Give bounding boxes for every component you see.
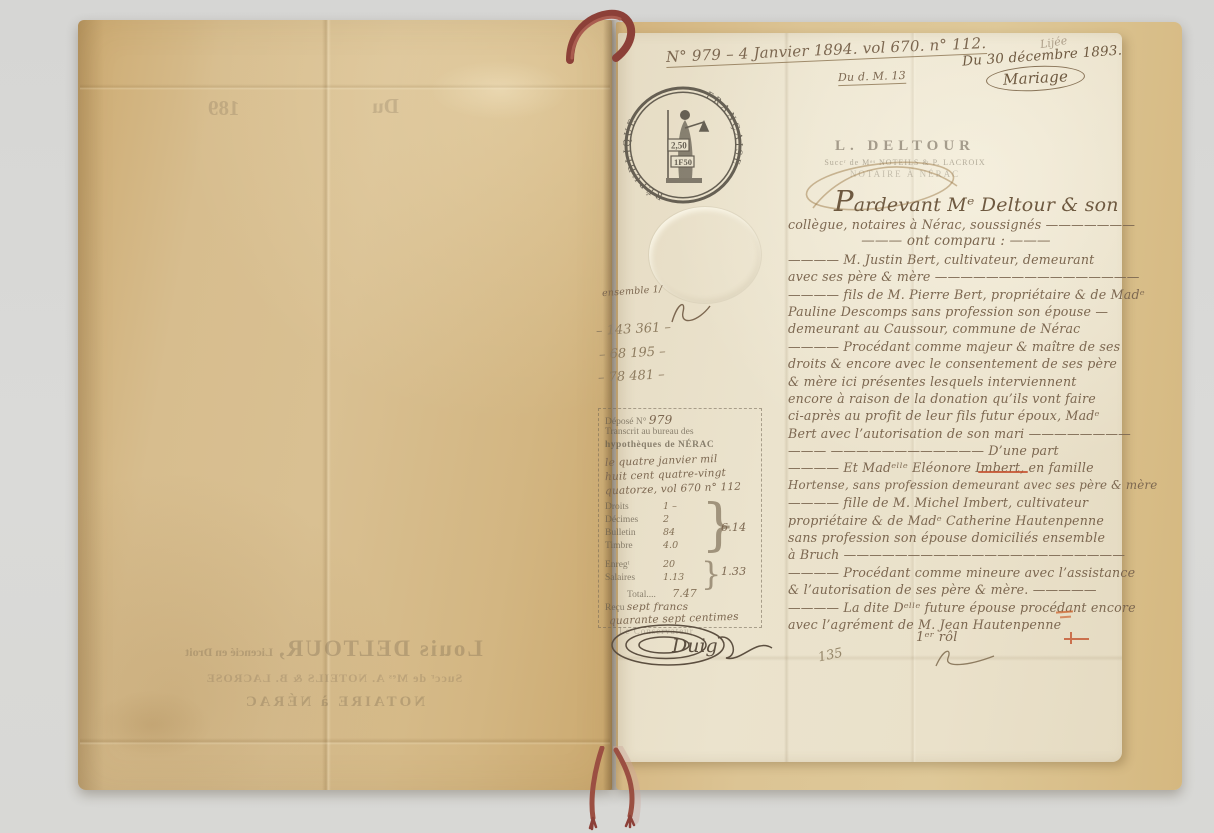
roll-paraph-squiggle	[928, 646, 998, 672]
deed-line: ———— M. Justin Bert, cultivateur, demeur…	[788, 251, 1124, 268]
first-roll-note: 1ᵉʳ rôl	[916, 630, 958, 645]
bleedthrough-notary-degree: Licencié en Droit	[185, 645, 273, 659]
conservateur-signature-flourish: Duig	[606, 618, 784, 672]
bleedthrough-du: Du	[372, 94, 399, 119]
deed-line: demeurant au Caussour, commune de Nérac	[788, 320, 1124, 337]
bureau-nerac-line: hypothèques de NÉRAC	[605, 440, 714, 450]
fee-label-timbre: Timbre	[605, 541, 663, 551]
deed-line: encore à raison de la donation qu’ils vo…	[788, 390, 1124, 407]
fee-label-droits: Droits	[605, 502, 663, 512]
stamp-value-250: 2,50	[671, 141, 687, 151]
deed-line: ———— La dite Dᵉˡˡᵉ future épouse procéda…	[788, 599, 1124, 616]
fee-row-salaires: Salaires1.13	[605, 572, 684, 583]
date-hand-line-1: le quatre janvier mil	[605, 453, 718, 469]
red-underline-imbert	[978, 471, 1028, 473]
fee-value-timbre: 4.0	[663, 540, 678, 551]
deed-line: ci-après au profit de leur fils futur ép…	[788, 407, 1124, 424]
deed-line: ———— Et Madᵉˡˡᵉ Eléonore Imbert, en fami…	[788, 459, 1124, 476]
left-cover-highlight	[430, 60, 570, 120]
fee-value-droits: 1 –	[663, 501, 677, 512]
fee-row-droits: Droits1 –	[605, 501, 677, 512]
margin-paraph-squiggle	[668, 298, 714, 330]
deposit-label: Déposé N°	[605, 417, 647, 427]
photo-of-notarial-document: { "scene": {"background": "#d8d8d5", "th…	[0, 0, 1214, 833]
bleedthrough-notary-imprint: Louis DELTOUR, Licencié en Droit Succʳ d…	[116, 636, 552, 711]
hypotheques-registry-stamp-box: Déposé N° 979 Transcrit au bureau des hy…	[598, 408, 762, 628]
svg-text:RÉPUBLIQUE: RÉPUBLIQUE	[622, 116, 665, 202]
deed-body-text: Pardevant Mᵉ Deltour & son collègue, not…	[788, 186, 1124, 633]
deed-comparution-line: ——— ont comparu : ———	[788, 233, 1124, 250]
republique-francaise-fiscal-stamp-icon: RÉPUBLIQUE FRANÇAISE 2,50 1F50	[622, 84, 744, 206]
fee-subtotal-upper: 6.14	[721, 521, 746, 534]
deed-line: Bert avec l’autorisation de son mari ———…	[788, 425, 1124, 442]
stamp-arc-left-text: RÉPUBLIQUE	[622, 116, 665, 202]
bleedthrough-notary-name-line: Louis DELTOUR, Licencié en Droit	[116, 636, 552, 662]
deposit-number: 979	[649, 413, 673, 427]
deed-line: sans profession son épouse domiciliés en…	[788, 529, 1124, 546]
total-value: 7.47	[672, 587, 697, 600]
total-label: Total....	[627, 590, 656, 600]
fee-value-enregistrement: 20	[663, 559, 675, 570]
fee-label-bulletin: Bulletin	[605, 528, 663, 538]
deed-line: ———— fils de M. Pierre Bert, propriétair…	[788, 286, 1124, 303]
orange-plus-dash-mark	[1062, 630, 1092, 646]
deed-line: & l’autorisation de ses père & mère. ———…	[788, 581, 1124, 598]
deed-dune-part-line: ——— ———————————— D’une part	[788, 442, 1124, 459]
fee-label-salaires: Salaires	[605, 573, 663, 583]
bleedthrough-notary-name: Louis DELTOUR,	[277, 636, 483, 661]
total-row: Total.... 7.47	[627, 587, 697, 600]
fee-value-bulletin: 84	[663, 527, 675, 538]
deed-line: droits & encore avec le consentement de …	[788, 355, 1124, 372]
svg-text:FRANÇAISE: FRANÇAISE	[704, 90, 744, 168]
embossed-dry-seal	[648, 206, 762, 304]
stamp-arc-right-text: FRANÇAISE	[704, 90, 744, 168]
deed-line: à Bruch ——————————————————————	[788, 546, 1124, 563]
stamp-value-1f50: 1F50	[674, 157, 692, 167]
deed-line: ———— Procédant comme mineure avec l’assi…	[788, 564, 1124, 581]
deed-line: Pauline Descomps sans profession son épo…	[788, 303, 1124, 320]
fee-row-enregistrement: Enregᵗ20	[605, 559, 675, 570]
fee-row-decimes: Décimes2	[605, 514, 669, 525]
fee-label-decimes: Décimes	[605, 515, 663, 525]
transcribed-line: Transcrit au bureau des	[605, 427, 694, 437]
registration-sub-annotation: Du d. M. 13	[838, 69, 906, 84]
conservateur-signature-text: Duig	[671, 635, 718, 657]
registration-sub-text: Du d. M. 13	[838, 69, 906, 86]
fee-row-bulletin: Bulletin84	[605, 527, 675, 538]
received-amount-words-1: sept francs	[627, 601, 688, 613]
received-label: Reçu	[605, 603, 625, 613]
binding-thread-bottom-tails	[570, 746, 700, 833]
deposit-row: Déposé N° 979	[605, 413, 672, 427]
bleedthrough-year-189: 189	[208, 96, 240, 121]
deed-line: ———— Procédant comme majeur & maître de …	[788, 338, 1124, 355]
fee-brace-lower: }	[701, 555, 721, 593]
deed-opening-line: Pardevant Mᵉ Deltour & son	[788, 186, 1124, 216]
bleedthrough-notaire-nerac: NOTAIRE à NÉRAC	[116, 694, 552, 711]
fee-value-salaires: 1.13	[663, 572, 684, 583]
deed-line: collègue, notaires à Nérac, soussignés —…	[788, 216, 1124, 233]
bleedthrough-succession-line: Succʳ de Mᵉˢ A. NOTEILS & B. LACROSE	[116, 671, 552, 686]
deed-line: avec ses père & mère ————————————————	[788, 268, 1124, 285]
deed-line: & mère ici présentes lesquels intervienn…	[788, 373, 1124, 390]
deed-line: ———— fille de M. Michel Imbert, cultivat…	[788, 494, 1124, 511]
fee-row-timbre: Timbre4.0	[605, 540, 678, 551]
received-row: Reçu sept francs	[605, 601, 688, 613]
fee-subtotal-lower: 1.33	[721, 565, 746, 578]
deed-line: Hortense, sans profession demeurant avec…	[788, 477, 1124, 494]
binding-thread-top-loop	[548, 0, 660, 64]
left-cover-edge-shadow	[78, 20, 104, 790]
fee-value-decimes: 2	[663, 514, 669, 525]
deed-line: propriétaire & de Madᵉ Catherine Hautenp…	[788, 512, 1124, 529]
date-hand-line-2: huit cent quatre-vingt	[605, 467, 726, 483]
fee-label-enregistrement: Enregᵗ	[605, 560, 663, 570]
